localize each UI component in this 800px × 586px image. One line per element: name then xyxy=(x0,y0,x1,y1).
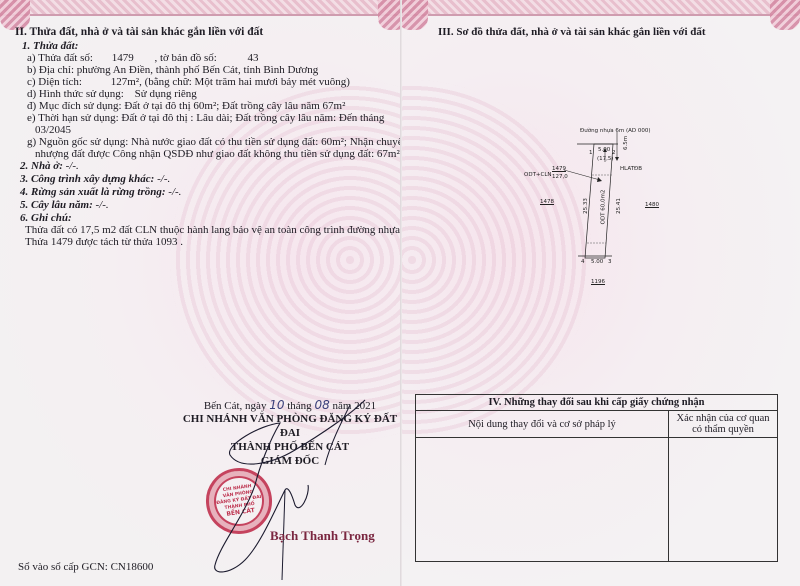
map-sheet-number: 43 xyxy=(248,52,259,64)
other-works-label: 3. Công trình xây dựng khác: xyxy=(20,173,154,185)
changes-table-title: IV. Những thay đổi sau khi cấp giấy chứn… xyxy=(416,395,778,411)
diagram-parcel-number: 1479 xyxy=(552,166,566,172)
changes-table: IV. Những thay đổi sau khi cấp giấy chứn… xyxy=(415,394,778,562)
map-sheet-label: , tờ bản đồ số: xyxy=(154,52,216,64)
corner-2-label: 2 xyxy=(612,150,616,156)
purpose-label: đ) Mục đích sử dụng: xyxy=(27,100,122,112)
corner-4-label: 4 xyxy=(581,259,585,265)
confirmation-header-line: Xác nhận của cơ quan xyxy=(669,413,777,424)
registration-number: Sổ vào sổ cấp GCN: CN18600 xyxy=(18,561,153,573)
left-side-length: 25.33 xyxy=(583,198,589,214)
area-label: c) Diện tích: xyxy=(27,76,82,88)
house-row: 2. Nhà ở: -/-. xyxy=(20,160,79,173)
corner-ornament-icon xyxy=(770,0,800,30)
drum-watermark xyxy=(170,80,402,440)
changes-column-confirmation: Xác nhận của cơ quan có thẩm quyền xyxy=(669,411,778,438)
area-value: 127m², (bằng chữ: Một trăm hai mươi bảy … xyxy=(111,76,350,88)
changes-column-content: Nội dung thay đổi và cơ sở pháp lý xyxy=(416,411,669,438)
corner-ornament-icon xyxy=(378,0,402,30)
signer-name: Bạch Thanh Trọng xyxy=(270,528,375,544)
house-label: 2. Nhà ở: xyxy=(20,160,63,172)
corridor-area-label: (17,5) xyxy=(597,156,614,162)
right-side-length: 25.41 xyxy=(616,198,622,214)
neighbor-right-label: 1480 xyxy=(645,202,659,208)
address-label: b) Địa chỉ: xyxy=(27,64,74,76)
confirmation-header-line: có thẩm quyền xyxy=(669,424,777,435)
issue-day: 10 xyxy=(269,398,284,412)
forest-value: -/-. xyxy=(168,186,181,198)
signature-block: Bến Cát, ngày 10 tháng 08 năm 2021 CHI N… xyxy=(180,398,400,468)
origin-label: g) Nguồn gốc sử dụng: xyxy=(27,136,128,148)
address-value: phường An Điền, thành phố Bến Cát, tỉnh … xyxy=(77,64,318,76)
term-label: e) Thời hạn sử dụng: xyxy=(27,112,119,124)
other-works-row: 3. Công trình xây dựng khác: -/-. xyxy=(20,173,170,186)
right-page: III. Sơ đồ thửa đất, nhà ở và tài sản kh… xyxy=(402,0,800,586)
origin-value: Nhà nước giao đất có thu tiền sử dụng đấ… xyxy=(131,136,402,148)
forest-label: 4. Rừng sản xuất là rừng trồng: xyxy=(20,186,166,198)
corner-1-label: 1 xyxy=(589,150,593,156)
issuing-office: CHI NHÁNH VĂN PHÒNG ĐĂNG KÝ ĐẤT ĐAI xyxy=(180,412,400,440)
decorative-border xyxy=(402,0,800,14)
section-iii-title: III. Sơ đồ thửa đất, nhà ở và tài sản kh… xyxy=(438,26,706,38)
diagram-parcel-area: 127,0 xyxy=(552,174,568,180)
changes-confirmation-cell xyxy=(669,438,778,562)
setback-label: 6.5m xyxy=(623,136,629,150)
perennial-label: 5. Cây lâu năm: xyxy=(20,199,93,211)
drum-watermark xyxy=(402,80,592,440)
bottom-width-label: 5.00 xyxy=(591,259,603,265)
issue-date: Bến Cát, ngày 10 tháng 08 năm 2021 xyxy=(180,398,400,412)
origin-continuation: nhượng đất được Công nhận QSDĐ như giao … xyxy=(35,148,400,161)
parcel-label: a) Thửa đất số: xyxy=(27,52,93,64)
decorative-border xyxy=(0,0,402,14)
official-seal-icon: CHI NHÁNH VĂN PHÒNG ĐĂNG KÝ ĐẤT ĐAI THÀN… xyxy=(202,464,277,539)
neighbor-bottom-label: 1196 xyxy=(591,279,605,285)
road-label: Đường nhựa 6m (AD 000) xyxy=(580,128,651,134)
section-ii-title: II. Thửa đất, nhà ở và tài sản khác gắn … xyxy=(15,26,263,38)
issue-place: Bến Cát, ngày xyxy=(204,400,267,412)
issue-year: 2021 xyxy=(354,400,376,412)
term-value: Đất ở tại đô thị : Lâu dài; Đất trồng câ… xyxy=(121,112,384,124)
left-page: II. Thửa đất, nhà ở và tài sản khác gắn … xyxy=(0,0,402,586)
use-form-value: Sử dụng riêng xyxy=(135,88,197,100)
forest-row: 4. Rừng sản xuất là rừng trồng: -/-. xyxy=(20,186,181,199)
perennial-value: -/-. xyxy=(95,199,108,211)
purpose-value: Đất ở tại đô thị 60m²; Đất trồng cây lâu… xyxy=(124,100,345,112)
top-width-label: 5.00 xyxy=(598,147,610,153)
changes-content-cell xyxy=(416,438,669,562)
boundary-marker-label: HLATĐB xyxy=(620,166,642,172)
term-row: e) Thời hạn sử dụng: Đất ở tại đô thị : … xyxy=(27,112,384,125)
corner-3-label: 3 xyxy=(608,259,612,265)
inner-use-label: ODT 60,0m2 xyxy=(600,190,606,225)
corner-ornament-icon xyxy=(402,0,428,30)
use-form-label: d) Hình thức sử dụng: xyxy=(27,88,124,100)
issuing-city: THÀNH PHỐ BẾN CÁT xyxy=(180,440,400,454)
notes-line-2: Thửa 1479 được tách từ thửa 1093 . xyxy=(25,236,183,249)
other-works-value: -/-. xyxy=(157,173,170,185)
house-value: -/-. xyxy=(66,160,79,172)
year-label: năm xyxy=(332,400,351,412)
signer-position: GIÁM ĐỐC xyxy=(180,454,400,468)
parcel-code-label: ODT+CLN xyxy=(524,172,552,178)
perennial-row: 5. Cây lâu năm: -/-. xyxy=(20,199,109,212)
month-label: tháng xyxy=(287,400,311,412)
issue-month: 08 xyxy=(314,398,329,412)
neighbor-left-label: 1478 xyxy=(540,199,554,205)
